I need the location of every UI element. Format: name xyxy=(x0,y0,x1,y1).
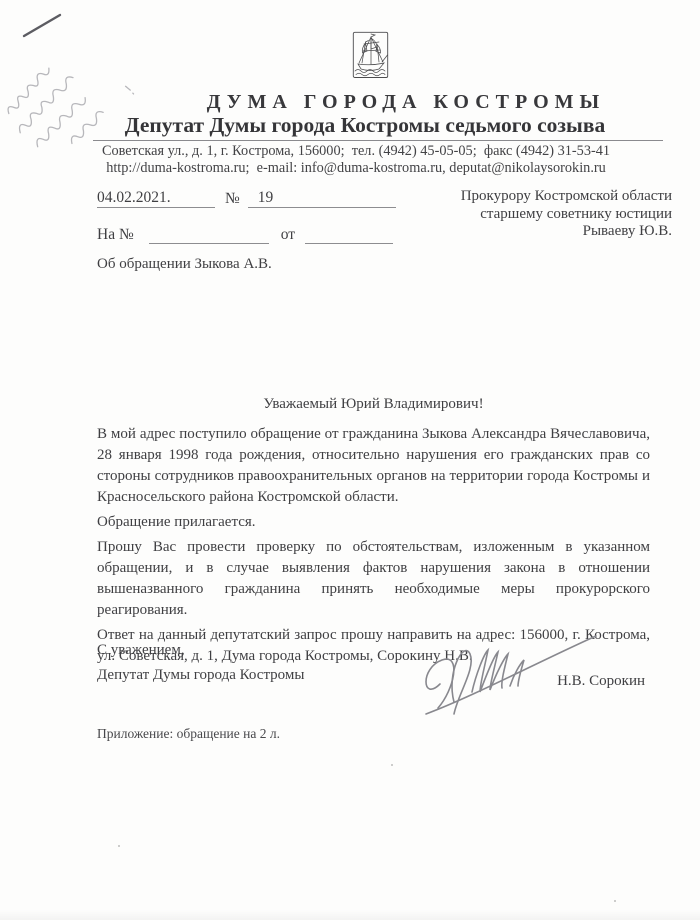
letter-number: 19 xyxy=(248,189,396,208)
addressee-name: Рываеву Ю.В. xyxy=(461,223,672,241)
incoming-reference-row: На № от xyxy=(97,225,393,244)
addressee-position: Прокурору Костромской области xyxy=(461,188,672,206)
body-paragraph: В мой адрес поступило обращение от гражд… xyxy=(97,424,650,508)
addressee-rank: старшему советнику юстиции xyxy=(461,206,672,224)
handwritten-signature xyxy=(418,624,608,719)
scan-speck xyxy=(118,845,120,847)
checkmark-slash xyxy=(20,10,65,40)
incoming-date-blank xyxy=(305,225,393,244)
body-paragraph: Обращение прилагается. xyxy=(97,512,650,533)
contact-address-line: Советская ул., д. 1, г. Кострома, 156000… xyxy=(60,143,652,160)
body-paragraph: Прошу Вас провести проверку по обстоятел… xyxy=(97,537,650,621)
incoming-number-blank xyxy=(149,225,269,244)
kostroma-emblem-ship-icon xyxy=(352,31,389,79)
from-label: от xyxy=(281,226,295,244)
addressee-block: Прокурору Костромской области старшему с… xyxy=(461,188,672,241)
scan-speck xyxy=(391,764,393,766)
organization-title: ДУМА ГОРОДА КОСТРОМЫ xyxy=(150,91,662,114)
organization-subtitle: Депутат Думы города Костромы седьмого со… xyxy=(95,113,635,138)
letter-date: 04.02.2021. xyxy=(97,189,215,208)
scanned-letter-page: ДУМА ГОРОДА КОСТРОМЫ Депутат Думы города… xyxy=(0,0,700,920)
letterhead-contacts: Советская ул., д. 1, г. Кострома, 156000… xyxy=(60,143,652,176)
scan-speck xyxy=(614,900,616,902)
signer-title: Депутат Думы города Костромы xyxy=(97,667,304,684)
outgoing-reference-row: 04.02.2021. № 19 xyxy=(97,189,396,208)
header-divider-line xyxy=(93,140,663,141)
closing-phrase: С уважением, xyxy=(97,642,185,659)
on-number-label: На № xyxy=(97,226,134,244)
salutation: Уважаемый Юрий Владимирович! xyxy=(97,396,650,413)
attachment-note: Приложение: обращение на 2 л. xyxy=(97,726,280,742)
contact-web-email-line: http://duma-kostroma.ru; e-mail: info@du… xyxy=(60,160,652,177)
signer-name: Н.В. Сорокин xyxy=(557,673,645,690)
subject-line: Об обращении Зыкова А.В. xyxy=(97,256,272,273)
number-sign-label: № xyxy=(225,190,240,208)
